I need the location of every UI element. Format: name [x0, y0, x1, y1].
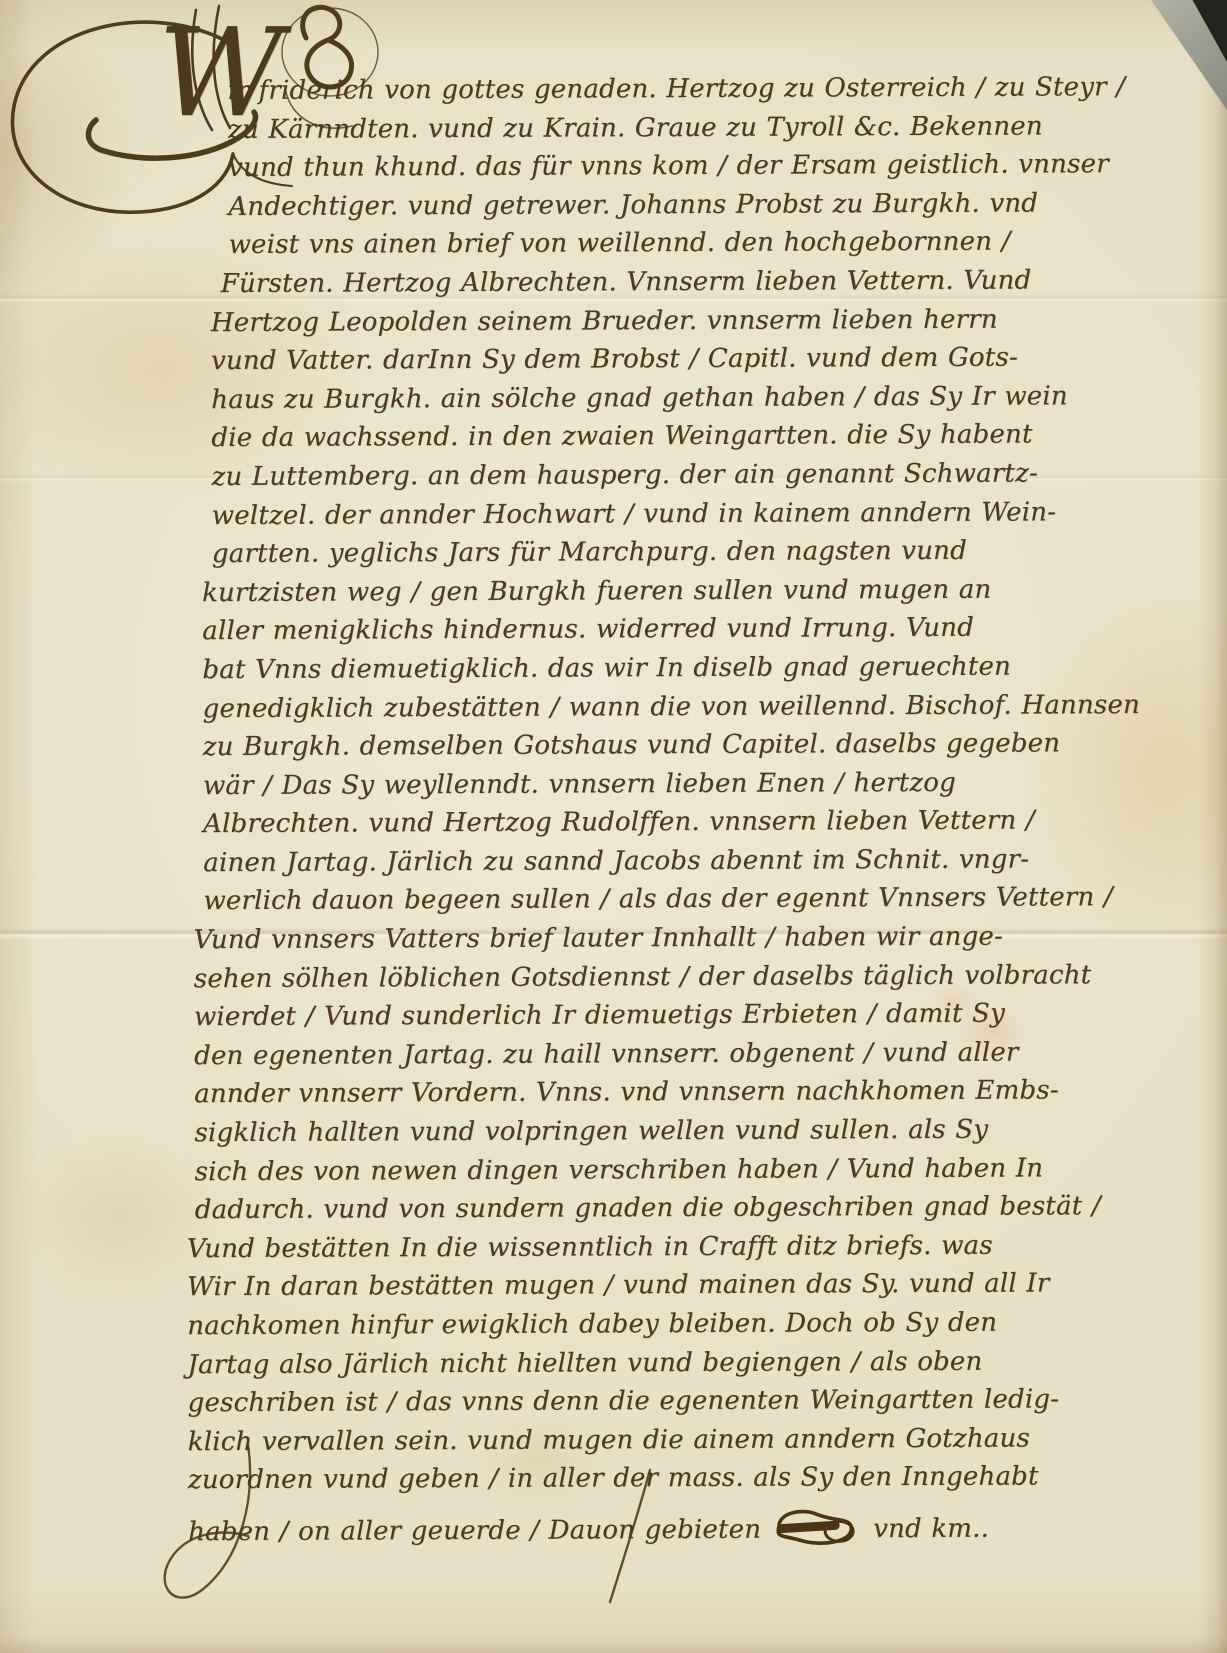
final-line-end: vnd km.. [873, 1514, 989, 1545]
manuscript-line: Hertzog Leopolden seinem Brueder. vnnser… [211, 303, 1183, 346]
manuscript-line: kurtzisten weg / gen Burgkh fueren sulle… [202, 574, 1184, 617]
ink-blot-strikethrough [771, 1501, 863, 1547]
manuscript-line: weist vns ainen brief von weillennd. den… [228, 226, 1182, 269]
manuscript-line: zu Kärnndten. vund zu Krain. Graue zu Ty… [228, 110, 1182, 153]
manuscript-line: bat Vnns diemuetigklich. das wir In dise… [202, 651, 1184, 694]
manuscript-line: ir friderich von gottes genaden. Hertzog… [228, 72, 1182, 115]
manuscript-line: haus zu Burgkh. ain sölche gnad gethan h… [211, 381, 1183, 424]
manuscript-line: vund Vatter. darInn Sy dem Brobst / Capi… [211, 342, 1183, 385]
manuscript-line: werlich dauon begeen sullen / als das de… [203, 882, 1185, 925]
paper-right-edge [1197, 0, 1227, 1653]
manuscript-line: Andechtiger. vund getrewer. Johanns Prob… [228, 188, 1182, 231]
manuscript-line: sigklich hallten vund volpringen wellen … [194, 1114, 1186, 1157]
manuscript-line: Wir In daran bestätten mugen / vund main… [187, 1268, 1187, 1311]
manuscript-line: Albrechten. vund Hertzog Rudolffen. vnns… [203, 805, 1185, 848]
manuscript-line: genedigklich zubestätten / wann die von … [202, 689, 1184, 732]
manuscript-final-line: haben / on aller geuerde / Dauon gebiete… [188, 1500, 1188, 1543]
manuscript-line: wär / Das Sy weyllenndt. vnnsern lieben … [203, 767, 1185, 810]
manuscript-line: dadurch. vund von sundern gnaden die obg… [195, 1191, 1187, 1234]
manuscript-line: zuordnen vund geben / in aller der mass.… [188, 1461, 1188, 1504]
manuscript-line: Fürsten. Hertzog Albrechten. Vnnserm lie… [221, 265, 1183, 308]
manuscript-line: annder vnnserr Vordern. Vnns. vnd vnnser… [194, 1075, 1186, 1118]
manuscript-line: sehen sölhen löblichen Gotsdiennst / der… [194, 959, 1186, 1002]
manuscript-line: Vund vnnsers Vatters brief lauter Innhal… [194, 921, 1186, 964]
manuscript-line: Vund bestätten In die wissenntlich in Cr… [187, 1230, 1187, 1273]
manuscript-line: Jartag also Järlich nicht hiellten vund … [187, 1345, 1187, 1388]
final-line-start: haben / on aller geuerde / Dauon gebiete… [188, 1515, 761, 1548]
manuscript-line: den egenenten Jartag. zu haill vnnserr. … [194, 1037, 1186, 1080]
manuscript-line: wierdet / Vund sunderlich Ir diemuetigs … [194, 998, 1186, 1041]
paper-bottom-edge [0, 1637, 1227, 1653]
manuscript-line: zu Burgkh. demselben Gotshaus vund Capit… [203, 728, 1185, 771]
manuscript-line: sich des von newen dingen verschriben ha… [195, 1152, 1187, 1195]
manuscript-line: die da wachssend. in den zwaien Weingart… [211, 419, 1183, 462]
manuscript-page: W ir friderich von gottes genaden. Hertz… [0, 0, 1227, 1653]
manuscript-line: aller menigklichs hindernus. widerred vu… [202, 612, 1184, 655]
manuscript-line: klich vervallen sein. vund mugen die ain… [188, 1423, 1188, 1466]
manuscript-line: ainen Jartag. Järlich zu sannd Jacobs ab… [203, 844, 1185, 887]
manuscript-line: vund thun khund. das für vnns kom / der … [228, 149, 1182, 192]
manuscript-line: geschriben ist / das vnns denn die egene… [188, 1384, 1188, 1427]
manuscript-line: weltzel. der annder Hochwart / vund in k… [212, 496, 1184, 539]
manuscript-text-block: ir friderich von gottes genaden. Hertzog… [182, 72, 1188, 1543]
manuscript-line: gartten. yeglichs Jars für Marchpurg. de… [212, 535, 1184, 578]
manuscript-line: nachkomen hinfur ewigklich dabey bleiben… [187, 1307, 1187, 1350]
manuscript-line: zu Luttemberg. an dem hausperg. der ain … [211, 458, 1183, 501]
